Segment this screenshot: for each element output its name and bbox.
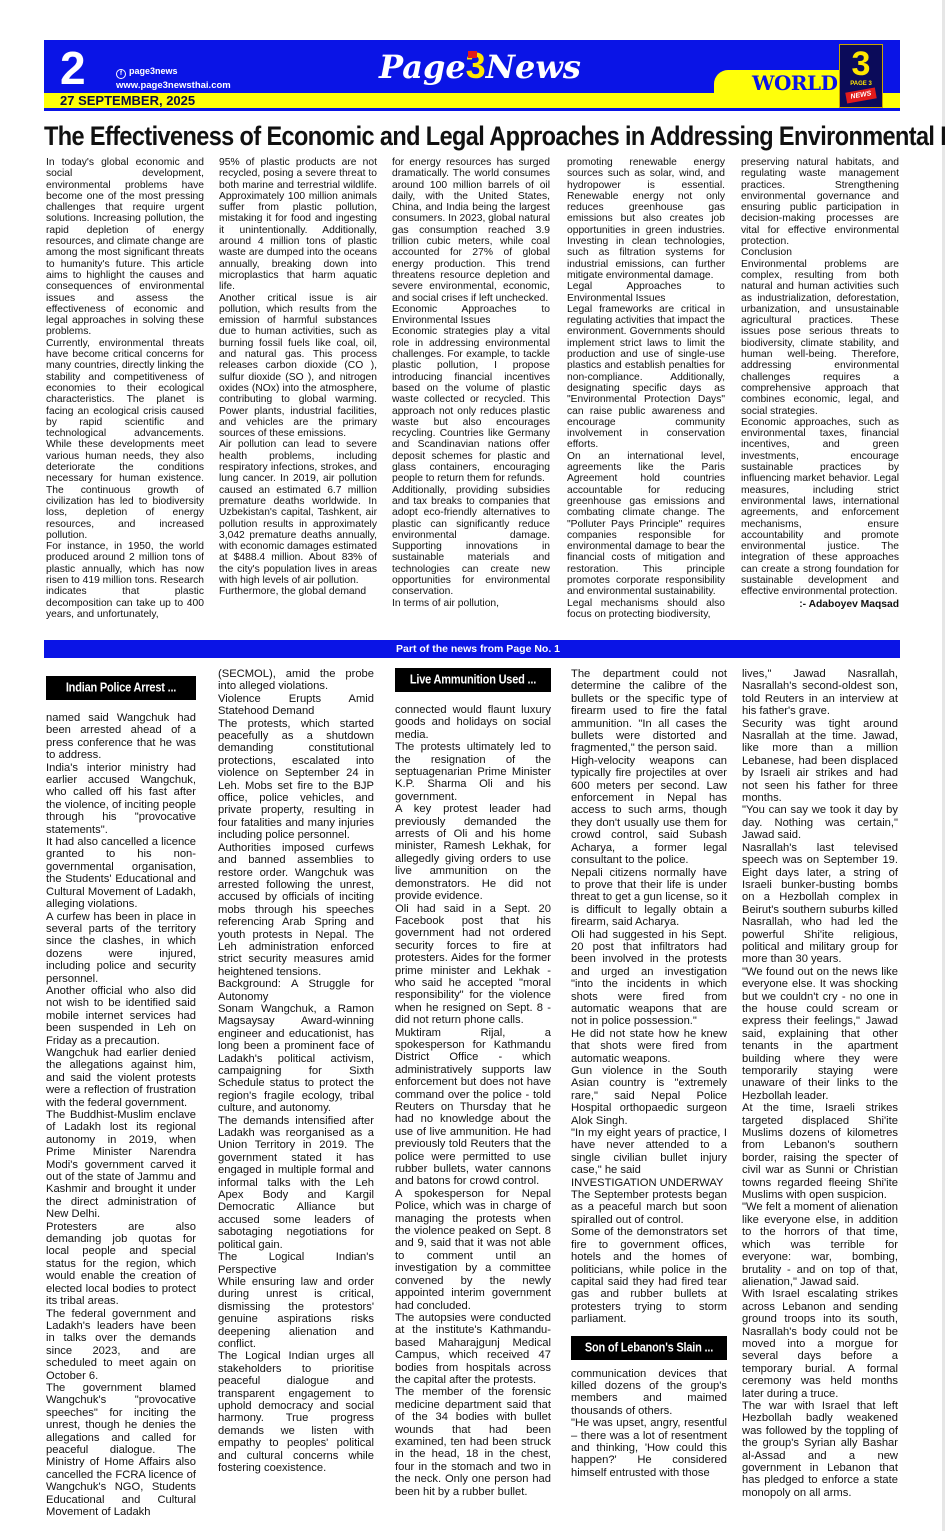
subheading: Background: A Struggle for Autonomy	[218, 978, 374, 1003]
paragraph: Additionally, providing subsidies and ta…	[392, 485, 550, 598]
paragraph: The department could not determine the c…	[571, 668, 727, 755]
paragraph: 95% of plastic products are not recycled…	[219, 157, 377, 293]
subheading: Economic Approaches to Environmental Iss…	[392, 304, 550, 327]
paragraph: The war with Israel that left Hezbollah …	[742, 1400, 898, 1499]
badge-page-label: PAGE 3	[840, 81, 882, 87]
paragraph: "In my eight years of practice, I have n…	[571, 1127, 727, 1177]
kicker-indian-police-arrest[interactable]: Indian Police Arrest ...	[46, 676, 196, 700]
paragraph: For instance, in 1950, the world produce…	[46, 541, 204, 620]
facebook-icon: f	[116, 69, 126, 79]
subheading: INVESTIGATION UNDERWAY	[571, 1177, 727, 1189]
paragraph: The government blamed Wangchuk's "provoc…	[46, 1382, 196, 1518]
paragraph: It had also cancelled a licence granted …	[46, 836, 196, 910]
continued-column-2: (SECMOL), amid the probe into alleged vi…	[218, 668, 374, 1474]
subheading: Legal Approaches to Environmental Issues	[567, 281, 725, 304]
paragraph: Another critical issue is air pollution,…	[219, 293, 377, 440]
kicker-live-ammunition-used[interactable]: Live Ammunition Used ...	[395, 668, 551, 692]
paragraph: The Logical Indian urges all stakeholder…	[218, 1350, 374, 1474]
kicker-label: Indian Police Arrest ...	[66, 674, 176, 702]
paragraph: "You can say we took it day by day. Noth…	[742, 804, 898, 841]
paragraph: A curfew has been in place in several pa…	[46, 911, 196, 985]
paragraph: A key protest leader had previously dema…	[395, 803, 551, 902]
paragraph: Oli had said in a Sept. 20 Facebook post…	[395, 903, 551, 1027]
kicker-label: Live Ammunition Used ...	[410, 666, 536, 694]
article-headline: The Effectiveness of Economic and Legal …	[44, 116, 900, 155]
paragraph: Sonam Wangchuk, a Ramon Magsaysay Award-…	[218, 1003, 374, 1115]
paragraph: The protests ultimately led to the resig…	[395, 741, 551, 803]
paragraph: preserving natural habitats, and regulat…	[741, 157, 899, 247]
feature-column-4: promoting renewable energy sources such …	[567, 157, 725, 620]
paragraph: connected would flaunt luxury goods and …	[395, 704, 551, 741]
paragraph: Security was tight around Nasrallah at t…	[742, 718, 898, 805]
paragraph: At the time, Israeli strikes targeted di…	[742, 1102, 898, 1201]
paragraph: "He was upset, angry, resentful – there …	[571, 1417, 727, 1479]
paragraph: The Buddhist-Muslim enclave of Ladakh lo…	[46, 1109, 196, 1221]
paragraph: Economic strategies play a vital role in…	[392, 326, 550, 484]
subheading: Conclusion	[741, 247, 899, 258]
badge-number: 3	[840, 45, 882, 83]
paragraph: The protests, which started peacefully a…	[218, 718, 374, 842]
paragraph: In terms of air pollution,	[392, 598, 550, 609]
feature-column-5: preserving natural habitats, and regulat…	[741, 157, 899, 610]
subheading: The Logical Indian's Perspective	[218, 1251, 374, 1276]
paragraph: Oli had suggested in his Sept. 20 post t…	[571, 929, 727, 1028]
paragraph: High-velocity weapons can typically fire…	[571, 755, 727, 867]
paragraph: Wangchuk had earlier denied the allegati…	[46, 1047, 196, 1109]
paragraph: A spokesperson for Nepal Police, which w…	[395, 1188, 551, 1312]
paragraph: Furthermore, the global demand	[219, 586, 377, 597]
continued-banner-label: Part of the news from Page No. 1	[396, 640, 560, 658]
paragraph: Air pollution can lead to severe health …	[219, 439, 377, 586]
page-number: 2	[60, 43, 86, 93]
masthead-rule	[44, 108, 900, 111]
paragraph: Protesters are also demanding job quotas…	[46, 1221, 196, 1308]
paragraph: communication devices that killed dozens…	[571, 1368, 727, 1418]
paragraph: named said Wangchuk had been arrested ah…	[46, 712, 196, 762]
paragraph: Nasrallah's last televised speech was on…	[742, 842, 898, 966]
paragraph: lives," Jawad Nasrallah, Nasrallah's sec…	[742, 668, 898, 718]
paragraph: The demands intensified after Ladakh was…	[218, 1115, 374, 1251]
paragraph: The September protests began as a peacef…	[571, 1189, 727, 1226]
feature-column-1: In today's global economic and social de…	[46, 157, 204, 620]
author-byline: :- Adaboyev Maqsad	[741, 599, 899, 610]
continued-banner: Part of the news from Page No. 1	[44, 640, 900, 658]
masthead: 2 fpage3news www.page3newsthai.com 27 SE…	[44, 40, 900, 111]
paragraph: The federal government and Ladakh's lead…	[46, 1308, 196, 1382]
paragraph: While ensuring law and order during unre…	[218, 1276, 374, 1350]
logo-text-left: Page	[379, 48, 466, 86]
social-handle-text: page3news	[129, 66, 178, 76]
paragraph: India's interior ministry had earlier ac…	[46, 762, 196, 836]
paragraph: Another official who also did not wish t…	[46, 985, 196, 1047]
paragraph: Nepali citizens normally have to prove t…	[571, 867, 727, 929]
kicker-label: Son of Lebanon's Slain ...	[585, 1334, 713, 1362]
continued-column-3: Live Ammunition Used ... connected would…	[395, 668, 551, 1498]
newspaper-logo: Page3News	[379, 46, 581, 87]
feature-column-3: for energy resources has surged dramatic…	[392, 157, 550, 609]
paragraph: for energy resources has surged dramatic…	[392, 157, 550, 304]
paragraph: Currently, environmental threats have be…	[46, 338, 204, 541]
feature-column-2: 95% of plastic products are not recycled…	[219, 157, 377, 598]
paragraph: With Israel escalating strikes across Le…	[742, 1288, 898, 1400]
paragraph: Economic approaches, such as environment…	[741, 417, 899, 598]
continued-column-5: lives," Jawad Nasrallah, Nasrallah's sec…	[742, 668, 898, 1499]
paragraph: Some of the demonstrators set fire to go…	[571, 1226, 727, 1325]
kicker-son-of-lebanons-slain[interactable]: Son of Lebanon's Slain ...	[571, 1336, 727, 1360]
subheading: Violence Erupts Amid Statehood Demand	[218, 693, 374, 718]
paragraph: "We found out on the news like everyone …	[742, 966, 898, 1102]
issue-date: 27 SEPTEMBER, 2025	[60, 93, 195, 108]
paragraph: Legal mechanisms should also focus on pr…	[567, 598, 725, 621]
paragraph: promoting renewable energy sources such …	[567, 157, 725, 281]
section-label: WORLD	[752, 70, 837, 96]
paragraph: (SECMOL), amid the probe into alleged vi…	[218, 668, 374, 693]
continued-column-4: The department could not determine the c…	[571, 668, 727, 1479]
paragraph: On an international level, agreements li…	[567, 451, 725, 598]
paragraph: Legal frameworks are critical in regulat…	[567, 304, 725, 451]
paragraph: Authorities imposed curfews and banned a…	[218, 842, 374, 978]
logo-text-right: News	[486, 48, 581, 86]
paragraph: The autopsies were conducted at the inst…	[395, 1312, 551, 1386]
paragraph: He did not state how he knew that shots …	[571, 1028, 727, 1065]
paragraph: Environmental problems are complex, resu…	[741, 259, 899, 417]
paragraph: Gun violence in the South Asian country …	[571, 1065, 727, 1127]
continued-column-1: Indian Police Arrest ... named said Wang…	[46, 668, 196, 1518]
social-handle[interactable]: fpage3news	[116, 66, 178, 79]
website-link[interactable]: www.page3newsthai.com	[116, 80, 231, 91]
page3-badge-logo: 3 PAGE 3 NEWS	[839, 44, 883, 108]
badge-news-label: NEWS	[845, 87, 876, 103]
paragraph: "We felt a moment of alienation like eve…	[742, 1201, 898, 1288]
paragraph: The member of the forensic medicine depa…	[395, 1386, 551, 1498]
paragraph: Muktiram Rijal, a spokesperson for Kathm…	[395, 1027, 551, 1188]
paragraph: In today's global economic and social de…	[46, 157, 204, 338]
logo-three: 3	[466, 45, 486, 86]
